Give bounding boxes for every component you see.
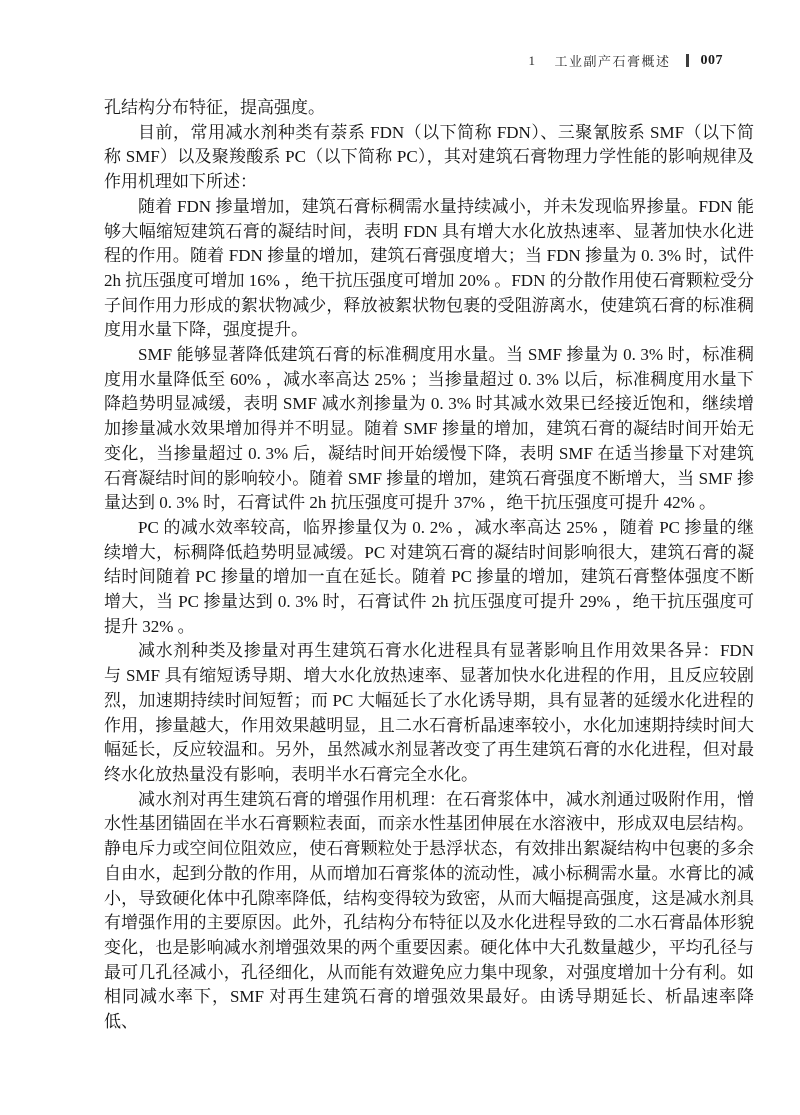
chapter-title: 工业副产石膏概述 [554,51,670,70]
paragraph: 目前，常用减水剂种类有萘系 FDN（以下简称 FDN）、三聚氰胺系 SMF（以下… [104,121,754,195]
paragraph: SMF 能够显著降低建筑石膏的标准稠度用水量。当 SMF 掺量为 0. 3% 时… [104,343,754,516]
header-separator-bar [686,54,689,67]
page-header: 1 工业副产石膏概述 007 [528,51,723,70]
chapter-number: 1 [528,53,535,69]
paragraph: 随着 FDN 掺量增加，建筑石膏标稠需水量持续减小，并未发现临界掺量。FDN 能… [104,195,754,343]
paragraph: 减水剂种类及掺量对再生建筑石膏水化进程具有显著影响且作用效果各异：FDN 与 S… [104,639,754,787]
text-body: 孔结构分布特征，提高强度。目前，常用减水剂种类有萘系 FDN（以下简称 FDN）… [104,96,754,1035]
page-number: 007 [701,53,724,69]
book-page: 1 工业副产石膏概述 007 孔结构分布特征，提高强度。目前，常用减水剂种类有萘… [0,0,800,1115]
paragraph: PC 的减水效率较高，临界掺量仅为 0. 2% ，减水率高达 25% ，随着 P… [104,516,754,640]
paragraph: 减水剂对再生建筑石膏的增强作用机理：在石膏浆体中，减水剂通过吸附作用，憎水性基团… [104,788,754,1035]
paragraph: 孔结构分布特征，提高强度。 [104,96,754,121]
